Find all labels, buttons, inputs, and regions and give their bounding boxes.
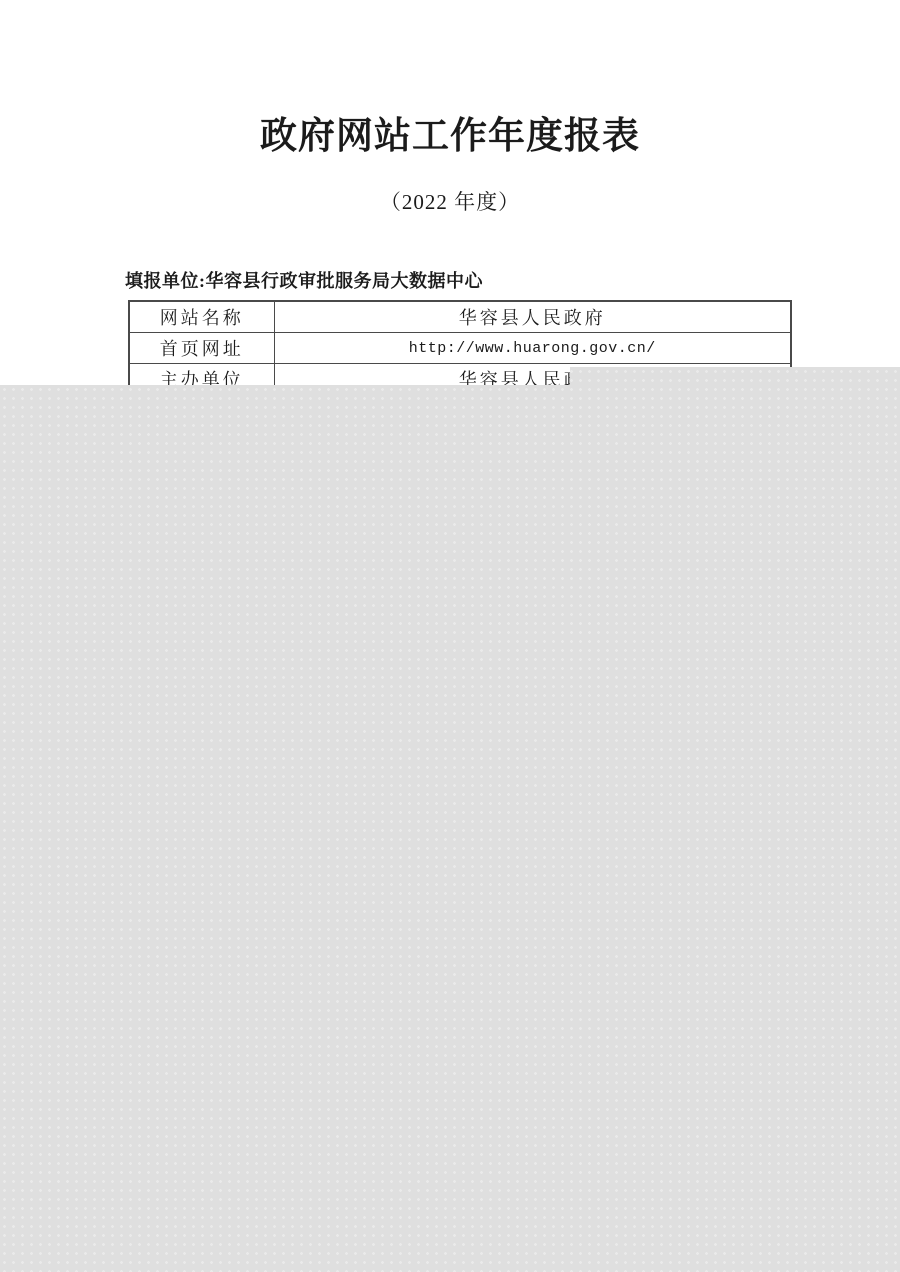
page-subtitle: （2022 年度） (0, 188, 900, 216)
table-row-site-name: 网站名称 华容县人民政府 (129, 301, 791, 333)
row-value: 华容县人民政府 (274, 301, 791, 333)
page-title: 政府网站工作年度报表 (0, 114, 900, 158)
table-row-homepage-url: 首页网址 http://www.huarong.gov.cn/ (129, 333, 791, 364)
document-viewer: 政府网站工作年度报表 （2022 年度） 填报单位:华容县行政审批服务局大数据中… (0, 0, 900, 1272)
row-label: 首页网址 (129, 333, 274, 364)
row-label: 网站名称 (129, 301, 274, 333)
row-value: http://www.huarong.gov.cn/ (274, 333, 791, 364)
unrendered-canvas-area (0, 367, 900, 1272)
reporting-unit-label: 填报单位:华容县行政审批服务局大数据中心 (125, 268, 483, 294)
